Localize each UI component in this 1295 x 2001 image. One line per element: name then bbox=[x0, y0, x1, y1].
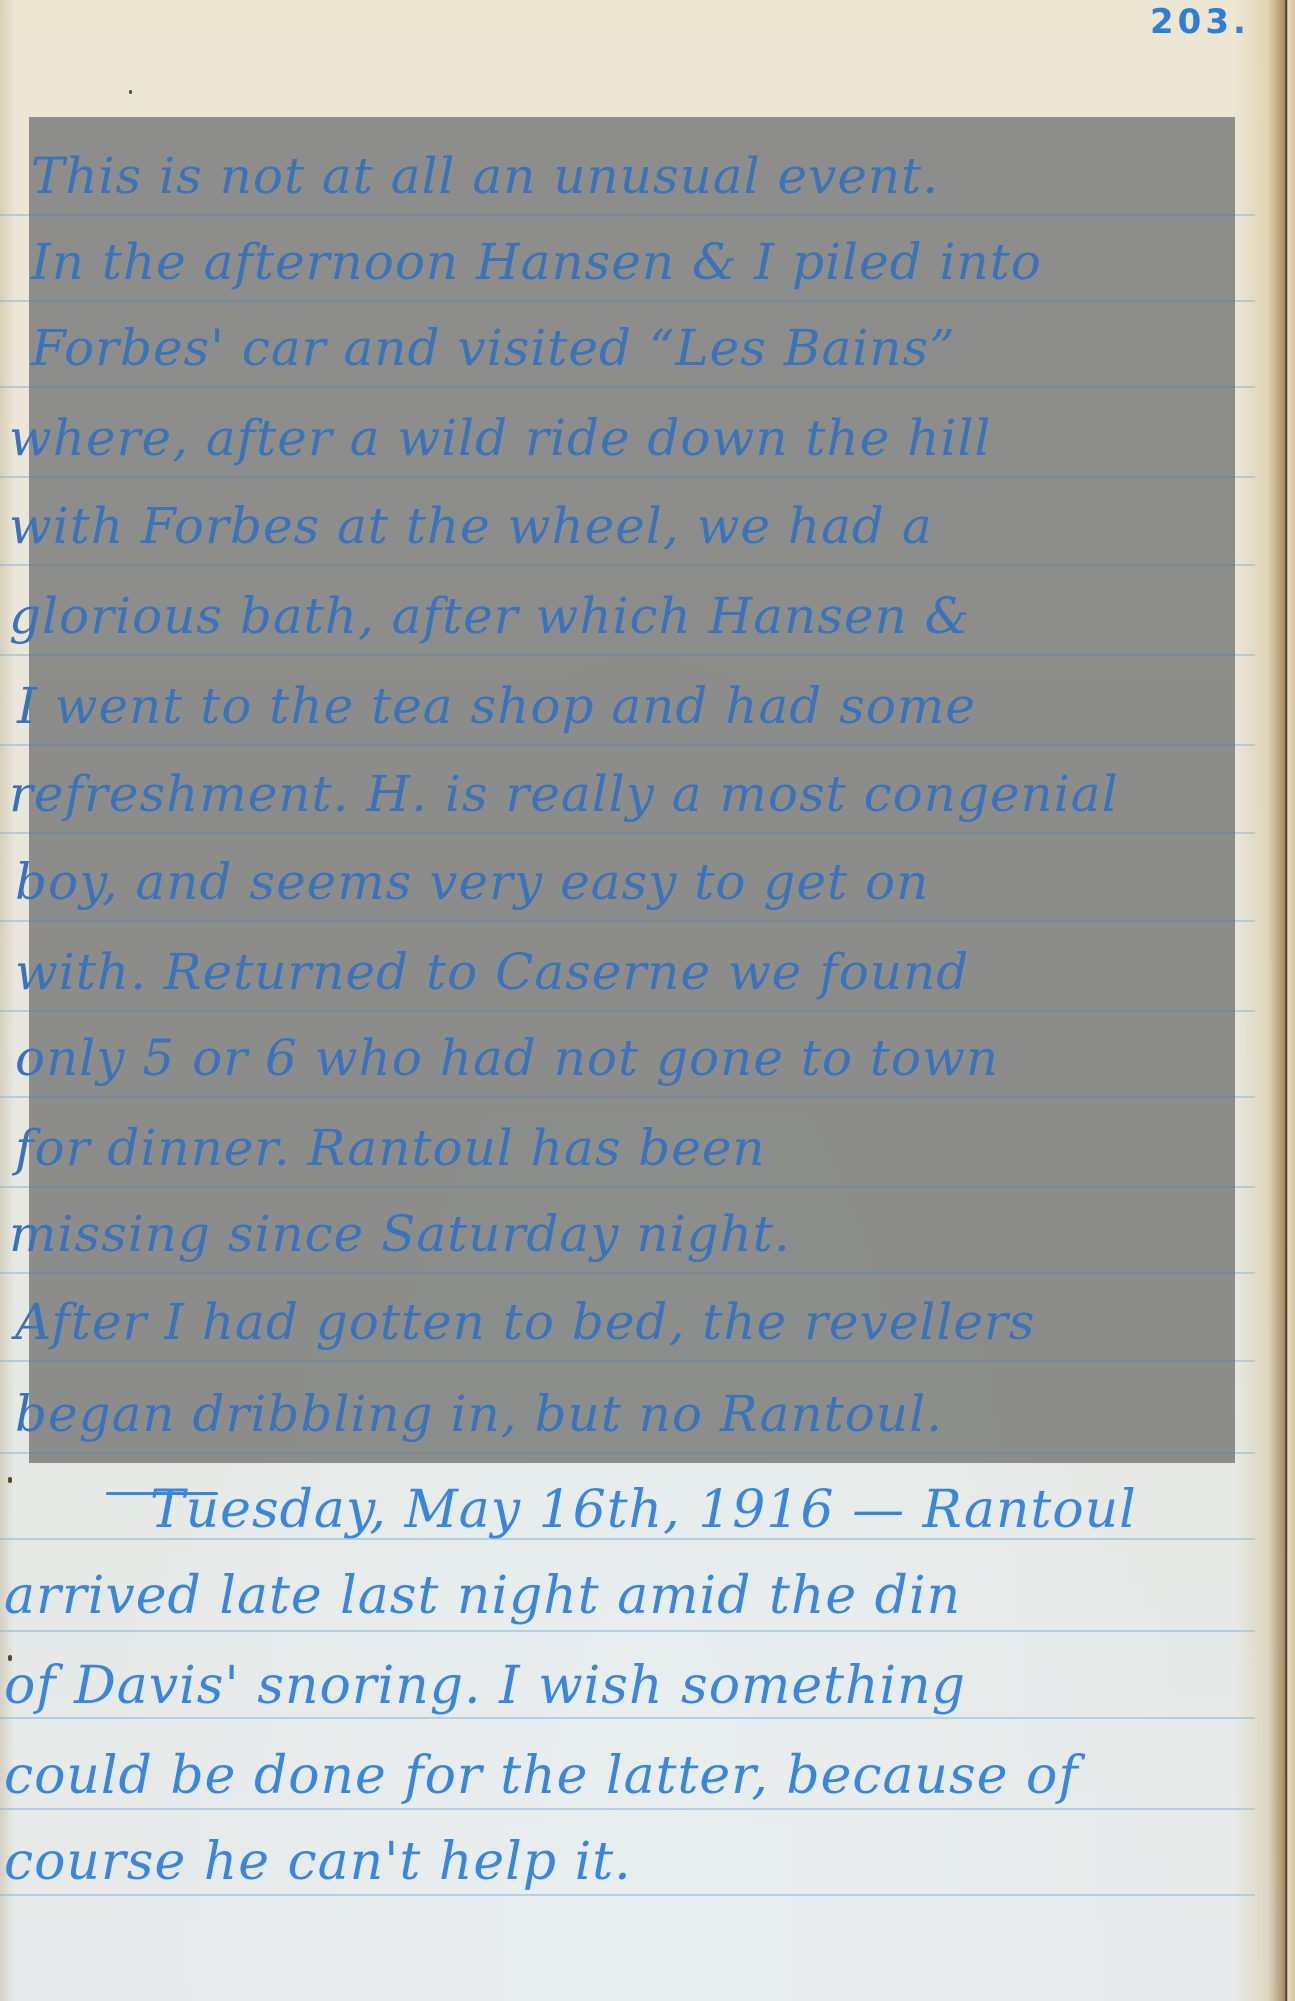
overlay-ruled-line bbox=[29, 300, 1235, 302]
overlay-ruled-line bbox=[29, 386, 1235, 388]
overlay-text-line: for dinner. Rantoul has been bbox=[15, 1119, 766, 1177]
entry-date-heading: Tuesday, May 16th, 1916 — Rantoul bbox=[150, 1480, 1137, 1540]
overlay-ruled-line bbox=[29, 1186, 1235, 1188]
overlay-text-line: boy, and seems very easy to get on bbox=[15, 853, 929, 911]
overlay-ruled-line bbox=[29, 744, 1235, 746]
overlay-text-line: began dribbling in, but no Rantoul. bbox=[15, 1385, 943, 1443]
ruled-line bbox=[0, 1894, 1255, 1896]
overlay-text-line: In the afternoon Hansen & I piled into bbox=[31, 233, 1042, 291]
overlay-text-line: This is not at all an unusual event. bbox=[31, 147, 939, 205]
overlay-ruled-line bbox=[29, 1452, 1235, 1454]
overlay-ruled-line bbox=[29, 476, 1235, 478]
entry-text-line: could be done for the latter, because of bbox=[4, 1746, 1079, 1806]
entry-text-line: arrived late last night amid the din bbox=[4, 1566, 961, 1626]
overlay-ruled-line bbox=[29, 1010, 1235, 1012]
paper-speck bbox=[8, 1655, 12, 1661]
diary-page: 203. This is not at all an unusual event… bbox=[0, 0, 1295, 2001]
paper-speck bbox=[129, 90, 132, 94]
overlay-text-line: where, after a wild ride down the hill bbox=[9, 409, 991, 467]
overlay-text-line: After I had gotten to bed, the revellers bbox=[15, 1293, 1035, 1351]
ruled-line bbox=[0, 1630, 1255, 1632]
overlay-ruled-line bbox=[29, 832, 1235, 834]
overlay-ruled-line bbox=[29, 654, 1235, 656]
redaction-overlay: This is not at all an unusual event. In … bbox=[29, 117, 1235, 1463]
overlay-text-line: missing since Saturday night. bbox=[9, 1205, 791, 1263]
overlay-ruled-line bbox=[29, 214, 1235, 216]
overlay-text-line: refreshment. H. is really a most congeni… bbox=[9, 765, 1119, 823]
ruled-line bbox=[0, 1808, 1255, 1810]
overlay-text-line: with Forbes at the wheel, we had a bbox=[9, 497, 933, 555]
overlay-text-line: with. Returned to Caserne we found bbox=[15, 943, 969, 1001]
paper-speck bbox=[8, 1477, 12, 1483]
overlay-ruled-line bbox=[29, 1360, 1235, 1362]
entry-text-line: course he can't help it. bbox=[4, 1832, 632, 1892]
overlay-text-line: I went to the tea shop and had some bbox=[17, 677, 976, 735]
overlay-text-line: Forbes' car and visited “Les Bains” bbox=[31, 319, 956, 377]
overlay-ruled-line bbox=[29, 1096, 1235, 1098]
overlay-ruled-line bbox=[29, 920, 1235, 922]
book-binding-edge bbox=[1235, 0, 1295, 2001]
ruled-line bbox=[0, 1717, 1255, 1719]
overlay-ruled-line bbox=[29, 564, 1235, 566]
entry-text-line: of Davis' snoring. I wish something bbox=[4, 1656, 966, 1716]
overlay-text-line: glorious bath, after which Hansen & bbox=[9, 587, 970, 645]
overlay-text-line: only 5 or 6 who had not gone to town bbox=[15, 1029, 999, 1087]
overlay-ruled-line bbox=[29, 1272, 1235, 1274]
